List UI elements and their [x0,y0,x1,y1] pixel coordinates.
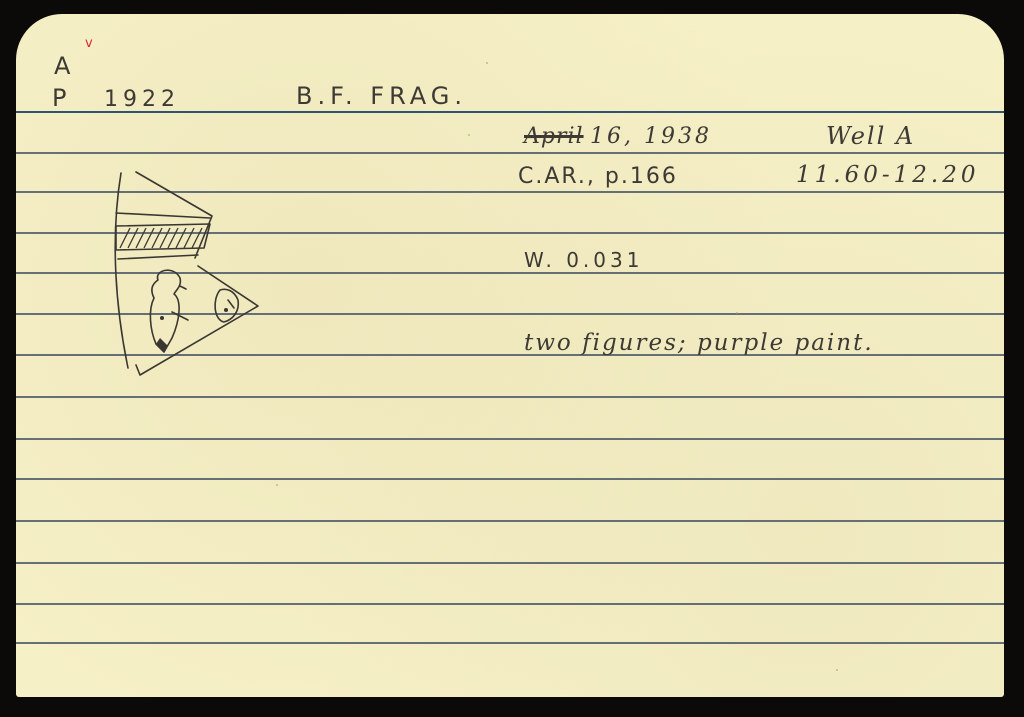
index-card: v A P 1922 B.F. FRAG. April 16, 1938 Wel… [16,14,1004,697]
find-location: Well A [826,122,915,150]
description-note: two figures; purple paint. [524,330,874,356]
catalog-number: 1922 [104,87,180,112]
ruled-line [16,478,1004,480]
ruled-line [16,562,1004,564]
width-measurement: W. 0.031 [524,248,643,272]
publication-reference: C.AR., p.166 [518,164,678,189]
card-title: B.F. FRAG. [296,82,467,110]
ruled-line [16,603,1004,605]
ruled-line [16,396,1004,398]
catalog-prefix-bottom: P [52,84,68,112]
ruled-line [16,642,1004,644]
check-mark: v [85,36,93,51]
ruled-line [16,438,1004,440]
fragment-sketch-icon [102,160,282,390]
date-struck-month: April [524,124,584,149]
ruled-line [16,520,1004,522]
catalog-prefix-top: A [54,52,72,80]
find-depth: 11.60-12.20 [796,162,979,188]
find-date: 16, 1938 [590,124,712,149]
ruled-line [16,152,1004,154]
